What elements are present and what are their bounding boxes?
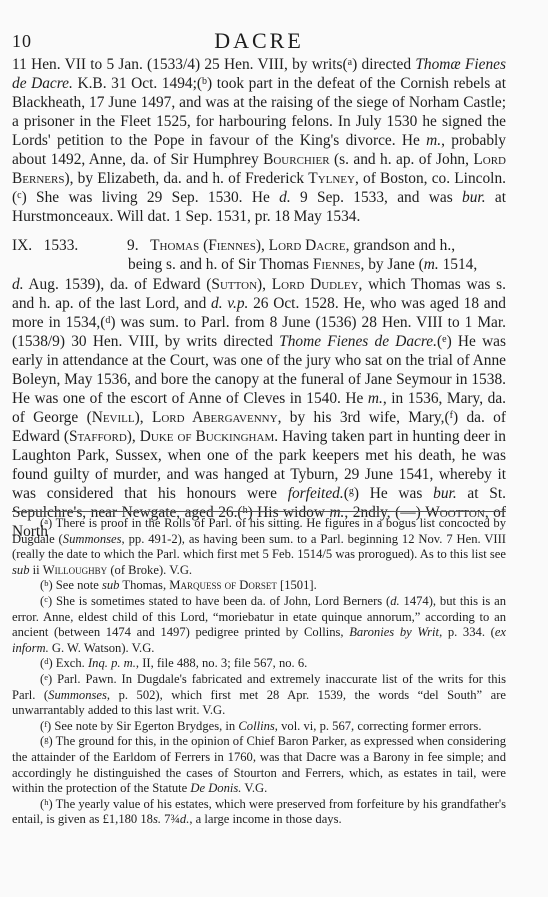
footnote-b: (b) See note sub Thomas, Marquess of Dor… bbox=[12, 578, 506, 594]
footnote-a: (a) There is proof in the Rolls of Parl.… bbox=[12, 516, 506, 578]
footnote-h: (h) The yearly value of his estates, whi… bbox=[12, 797, 506, 828]
footnote-f: (f) See note by Sir Egerton Brydges, in … bbox=[12, 719, 506, 735]
footnote-c: (c) She is sometimes stated to have been… bbox=[12, 594, 506, 656]
entry-title: Thomas (Fiennes), Lord Dacre bbox=[150, 237, 346, 254]
paragraph-thomas-fiennes: d. Aug. 1539), da. of Edward (Sutton), L… bbox=[12, 275, 506, 542]
footnote-divider bbox=[12, 511, 506, 512]
entry-heading: IX. 1533. 9. Thomas (Fiennes), Lord Dacr… bbox=[12, 236, 506, 255]
entry-second-line: being s. and h. of Sir Thomas Fiennes, b… bbox=[12, 255, 506, 274]
footnote-d: (d) Exch. Inq. p. m., II, file 488, no. … bbox=[12, 656, 506, 672]
entry-title-line: 9. Thomas (Fiennes), Lord Dacre, grandso… bbox=[127, 236, 506, 255]
main-text: 11 Hen. VII to 5 Jan. (1533/4) 25 Hen. V… bbox=[12, 55, 506, 541]
page-header: 10 DACRE bbox=[12, 28, 506, 52]
entry-roman-year: IX. 1533. bbox=[12, 236, 127, 255]
footnote-g: (g) The ground for this, in the opinion … bbox=[12, 734, 506, 796]
spacer bbox=[12, 226, 506, 236]
footnote-e: (e) Parl. Pawn. In Dugdale's fabricated … bbox=[12, 672, 506, 719]
running-title: DACRE bbox=[12, 28, 506, 54]
footnotes: (a) There is proof in the Rolls of Parl.… bbox=[12, 516, 506, 828]
paragraph-previous-lord: 11 Hen. VII to 5 Jan. (1533/4) 25 Hen. V… bbox=[12, 55, 506, 226]
